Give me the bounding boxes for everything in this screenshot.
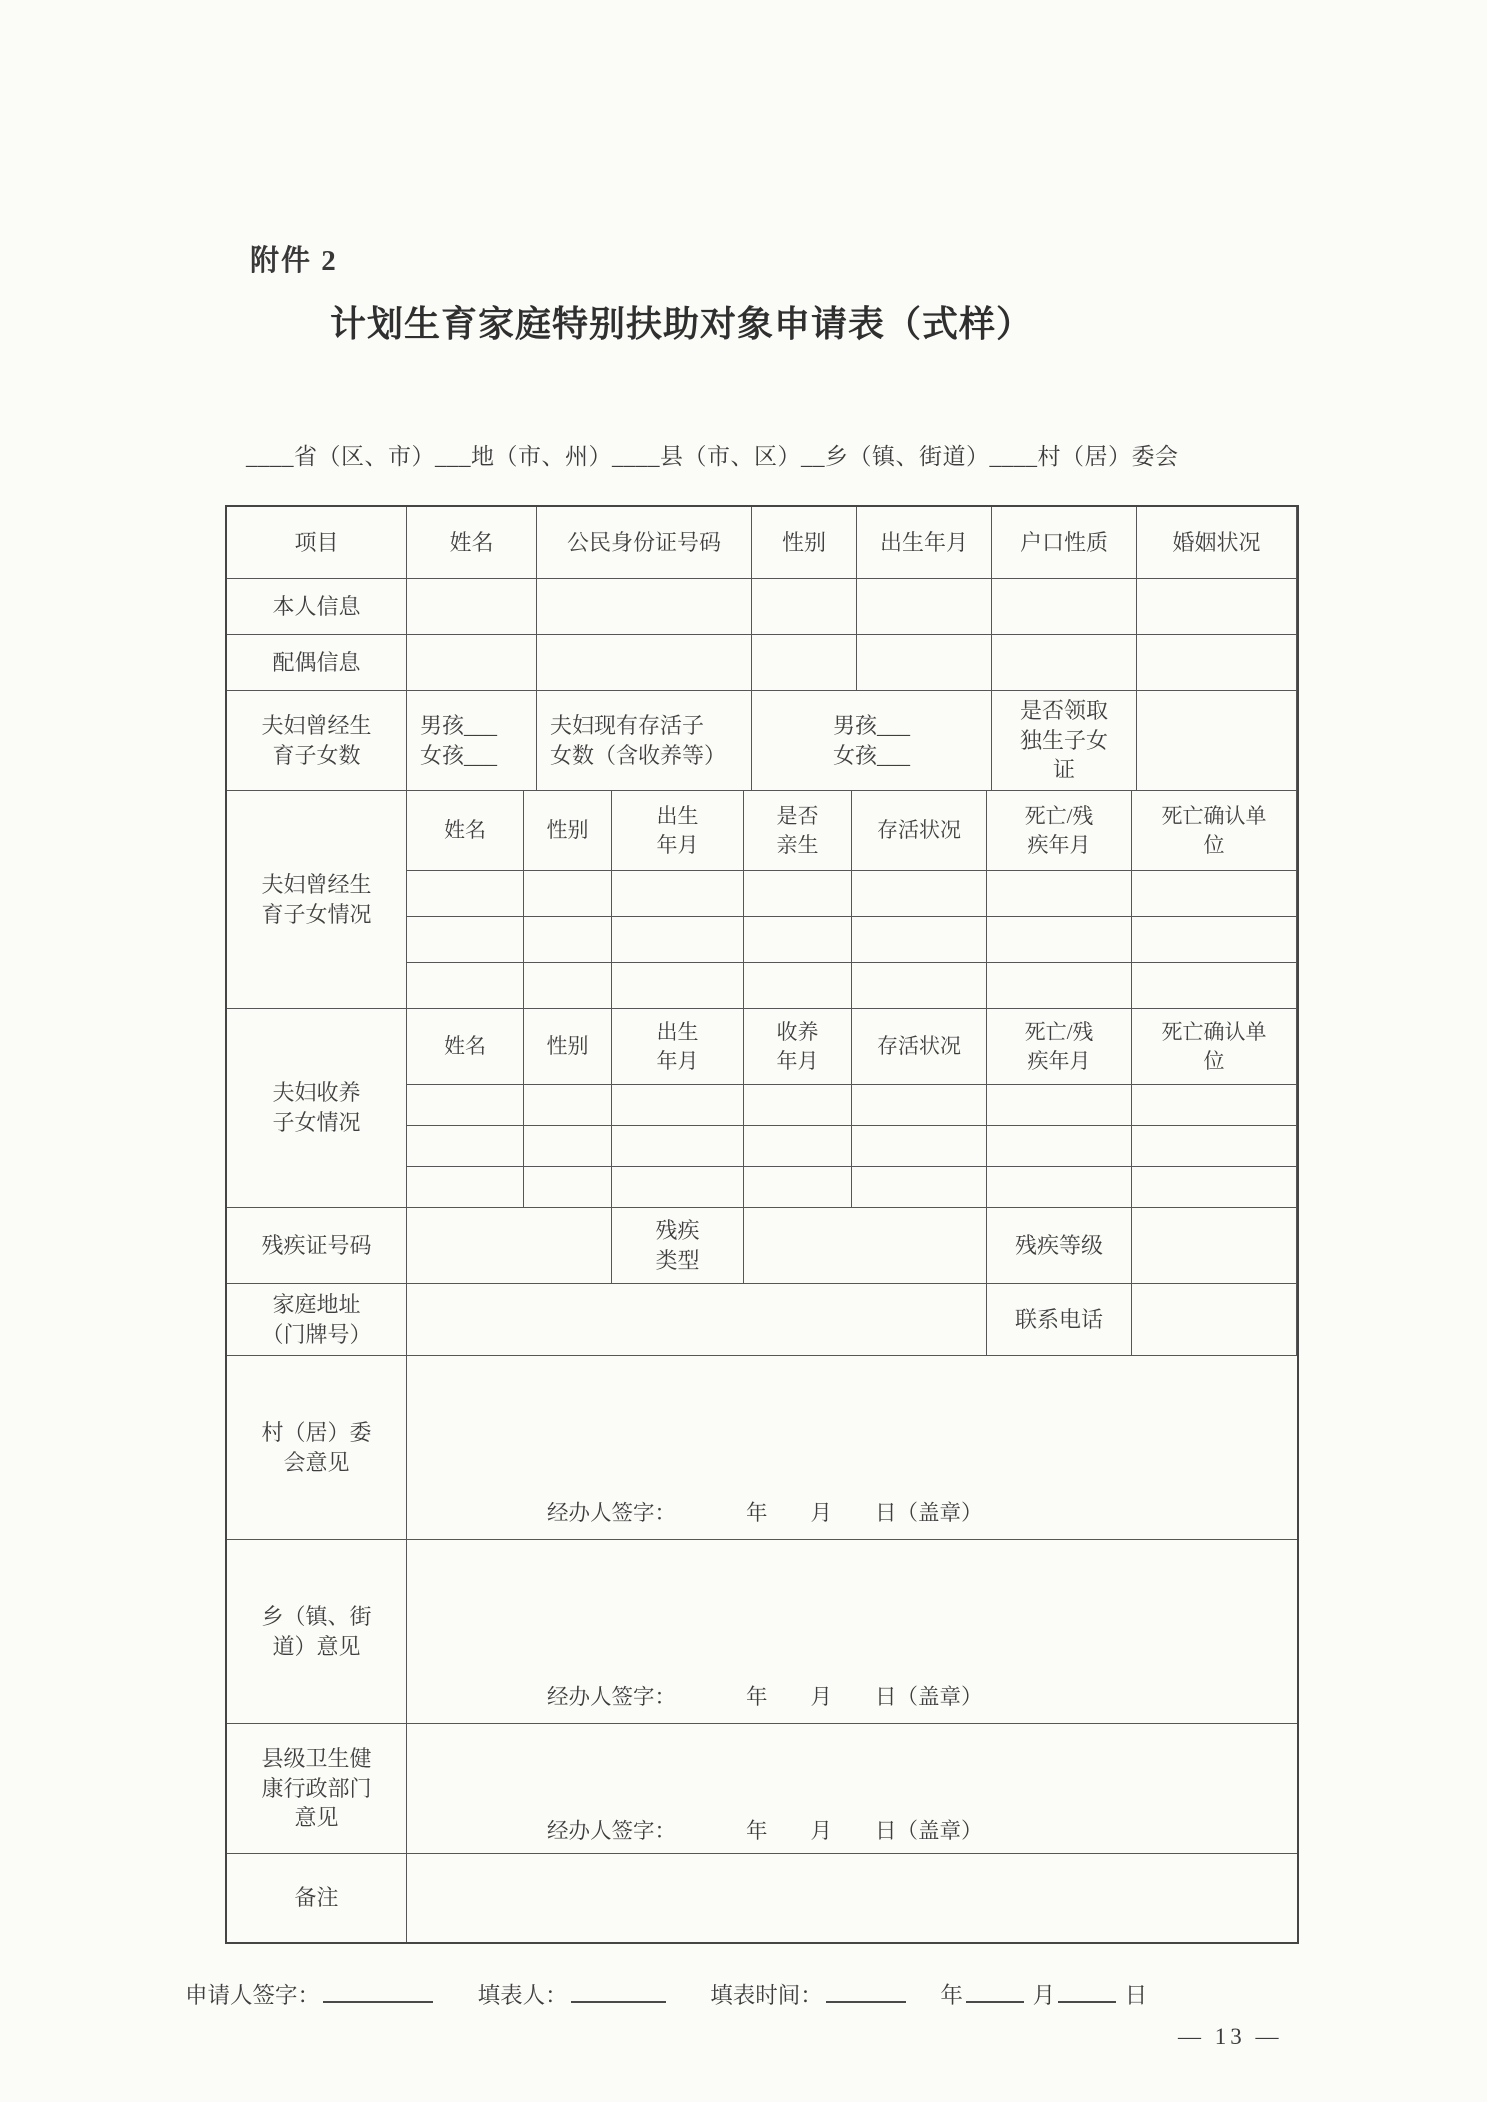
empty-cell — [612, 963, 744, 1008]
empty-cell — [407, 1854, 1297, 1942]
self-info-row: 本人信息 — [227, 579, 1297, 635]
county-health-opinion-row: 县级卫生健 康行政部门 意见 经办人签字： 年 月 日（盖章） — [227, 1724, 1297, 1854]
signature-blank — [571, 1981, 666, 2003]
county-health-opinion-label: 县级卫生健 康行政部门 意见 — [227, 1724, 407, 1853]
empty-cell — [524, 871, 612, 916]
col-header-birthdate: 出生年月 — [857, 507, 992, 578]
fill-time-label: 填表时间： — [710, 1983, 823, 2008]
date-seal-label: 年 月 日（盖章） — [746, 1814, 983, 1845]
handler-signature-line: 经办人签字： 年 月 日（盖章） — [547, 1680, 983, 1711]
only-child-cert-label: 是否领取 独生子女 证 — [992, 691, 1137, 790]
disability-id-label: 残疾证号码 — [227, 1208, 407, 1283]
subcol-birthdate: 出生 年月 — [612, 1009, 744, 1084]
date-seal-label: 年 月 日（盖章） — [746, 1496, 983, 1527]
empty-cell — [987, 1085, 1132, 1125]
empty-cell — [612, 917, 744, 962]
birth-count-past-cell: 男孩___ 女孩___ — [407, 691, 537, 790]
day-label: 日 — [1125, 1983, 1148, 2008]
empty-cell — [852, 1126, 987, 1166]
empty-cell — [612, 1126, 744, 1166]
empty-cell — [744, 1208, 987, 1283]
table-header-row: 项目 姓名 公民身份证号码 性别 出生年月 户口性质 婚姻状况 — [227, 507, 1297, 579]
empty-cell — [752, 635, 857, 690]
child-record-row — [407, 1085, 1297, 1126]
disability-row: 残疾证号码 残疾 类型 残疾等级 — [227, 1208, 1297, 1284]
born-children-section: 夫妇曾经生 育子女情况 姓名 性别 出生 年月 是否 亲生 存活状况 死亡/残 … — [227, 791, 1297, 1009]
empty-cell — [852, 1085, 987, 1125]
empty-cell — [1132, 1126, 1297, 1166]
month-label: 月 — [1033, 1983, 1056, 2008]
empty-cell — [852, 871, 987, 916]
township-opinion-label: 乡（镇、街 道）意见 — [227, 1540, 407, 1723]
empty-cell — [612, 871, 744, 916]
disability-grade-label: 残疾等级 — [987, 1208, 1132, 1283]
empty-cell — [744, 1085, 852, 1125]
page-title: 计划生育家庭特别扶助对象申请表（式样） — [330, 296, 1033, 347]
empty-cell — [407, 917, 524, 962]
adopted-children-grid: 姓名 性别 出生 年月 收养 年月 存活状况 死亡/残 疾年月 死亡确认单 位 — [407, 1009, 1297, 1207]
col-header-hukou: 户口性质 — [992, 507, 1137, 578]
empty-cell — [407, 579, 537, 634]
empty-cell — [612, 1167, 744, 1207]
col-header-item: 项目 — [227, 507, 407, 578]
signature-blank — [323, 1981, 433, 2003]
application-form-table: 项目 姓名 公民身份证号码 性别 出生年月 户口性质 婚姻状况 本人信息 配偶信… — [225, 505, 1299, 1944]
year-label: 年 — [940, 1983, 963, 2008]
subcol-survival: 存活状况 — [852, 1009, 987, 1084]
footer-signature-line: 申请人签字： 填表人： 填表时间： 年 月 日 — [185, 1978, 1147, 2010]
empty-cell — [1132, 871, 1297, 916]
empty-cell — [857, 635, 992, 690]
empty-cell — [744, 1167, 852, 1207]
child-record-row — [407, 871, 1297, 917]
empty-cell — [524, 963, 612, 1008]
empty-cell — [1132, 963, 1297, 1008]
empty-cell — [407, 1284, 987, 1355]
born-children-subheader: 姓名 性别 出生 年月 是否 亲生 存活状况 死亡/残 疾年月 死亡确认单 位 — [407, 791, 1297, 871]
empty-cell — [1137, 635, 1297, 690]
birth-count-label: 夫妇曾经生 育子女数 — [227, 691, 407, 790]
adopted-children-label: 夫妇收养 子女情况 — [227, 1009, 407, 1207]
empty-cell — [987, 917, 1132, 962]
empty-cell — [1137, 579, 1297, 634]
disability-type-label: 残疾 类型 — [612, 1208, 744, 1283]
alive-count-label: 夫妇现有存活子 女数（含收养等） — [537, 691, 752, 790]
subcol-adoption-date: 收养 年月 — [744, 1009, 852, 1084]
spouse-info-label: 配偶信息 — [227, 635, 407, 690]
handler-signature-line: 经办人签字： 年 月 日（盖章） — [547, 1496, 983, 1527]
empty-cell — [1132, 1284, 1297, 1355]
remarks-label: 备注 — [227, 1854, 407, 1942]
phone-label: 联系电话 — [987, 1284, 1132, 1355]
attachment-label: 附件 2 — [250, 238, 338, 279]
subcol-birthdate: 出生 年月 — [612, 791, 744, 870]
subcol-death-date: 死亡/残 疾年月 — [987, 791, 1132, 870]
opinion-content-area: 经办人签字： 年 月 日（盖章） — [407, 1724, 1297, 1853]
opinion-content-area: 经办人签字： 年 月 日（盖章） — [407, 1356, 1297, 1539]
adopted-children-section: 夫妇收养 子女情况 姓名 性别 出生 年月 收养 年月 存活状况 死亡/残 疾年… — [227, 1009, 1297, 1208]
empty-cell — [987, 1126, 1132, 1166]
scanned-form-page: { "page": { "attachment": "附件 2", "title… — [0, 0, 1487, 2102]
empty-cell — [524, 1126, 612, 1166]
self-info-label: 本人信息 — [227, 579, 407, 634]
empty-cell — [1132, 1167, 1297, 1207]
empty-cell — [537, 635, 752, 690]
empty-cell — [524, 917, 612, 962]
location-fill-line: ____省（区、市）___地（市、州）____县（市、区）__乡（镇、街道）__… — [246, 438, 1179, 471]
subcol-death-confirm-unit: 死亡确认单 位 — [1132, 791, 1297, 870]
village-committee-opinion-row: 村（居）委 会意见 经办人签字： 年 月 日（盖章） — [227, 1356, 1297, 1540]
remarks-row: 备注 — [227, 1854, 1297, 1942]
handler-signature-line: 经办人签字： 年 月 日（盖章） — [547, 1814, 983, 1845]
spouse-info-row: 配偶信息 — [227, 635, 1297, 691]
empty-cell — [612, 1085, 744, 1125]
village-committee-opinion-label: 村（居）委 会意见 — [227, 1356, 407, 1539]
empty-cell — [987, 871, 1132, 916]
page-number: — 13 — — [1178, 2024, 1283, 2050]
date-blank — [1058, 1981, 1116, 2003]
address-label: 家庭地址 （门牌号） — [227, 1284, 407, 1355]
date-blank — [966, 1981, 1024, 2003]
empty-cell — [744, 917, 852, 962]
birth-count-row: 夫妇曾经生 育子女数 男孩___ 女孩___ 夫妇现有存活子 女数（含收养等） … — [227, 691, 1297, 791]
empty-cell — [987, 963, 1132, 1008]
alive-count-cell: 男孩___ 女孩___ — [752, 691, 992, 790]
empty-cell — [407, 1208, 612, 1283]
empty-cell — [537, 579, 752, 634]
empty-cell — [1132, 1085, 1297, 1125]
child-record-row — [407, 963, 1297, 1008]
adopted-children-subheader: 姓名 性别 出生 年月 收养 年月 存活状况 死亡/残 疾年月 死亡确认单 位 — [407, 1009, 1297, 1085]
filler-label: 填表人： — [478, 1983, 568, 2008]
empty-cell — [987, 1167, 1132, 1207]
empty-cell — [744, 871, 852, 916]
col-header-marital: 婚姻状况 — [1137, 507, 1297, 578]
subcol-name: 姓名 — [407, 1009, 524, 1084]
empty-cell — [852, 963, 987, 1008]
handler-sign-label: 经办人签字： — [547, 1814, 676, 1845]
empty-cell — [857, 579, 992, 634]
subcol-survival: 存活状况 — [852, 791, 987, 870]
col-header-id-number: 公民身份证号码 — [537, 507, 752, 578]
empty-cell — [407, 1126, 524, 1166]
empty-cell — [1137, 691, 1297, 790]
empty-cell — [744, 1126, 852, 1166]
col-header-gender: 性别 — [752, 507, 857, 578]
empty-cell — [744, 963, 852, 1008]
empty-cell — [852, 917, 987, 962]
child-record-row — [407, 1167, 1297, 1207]
subcol-death-confirm-unit: 死亡确认单 位 — [1132, 1009, 1297, 1084]
empty-cell — [524, 1167, 612, 1207]
date-seal-label: 年 月 日（盖章） — [746, 1680, 983, 1711]
empty-cell — [407, 635, 537, 690]
born-children-grid: 姓名 性别 出生 年月 是否 亲生 存活状况 死亡/残 疾年月 死亡确认单 位 — [407, 791, 1297, 1008]
subcol-name: 姓名 — [407, 791, 524, 870]
empty-cell — [407, 871, 524, 916]
subcol-gender: 性别 — [524, 791, 612, 870]
empty-cell — [1132, 1208, 1297, 1283]
empty-cell — [407, 1167, 524, 1207]
handler-sign-label: 经办人签字： — [547, 1680, 676, 1711]
empty-cell — [852, 1167, 987, 1207]
empty-cell — [1132, 917, 1297, 962]
subcol-death-date: 死亡/残 疾年月 — [987, 1009, 1132, 1084]
empty-cell — [407, 963, 524, 1008]
applicant-sign-label: 申请人签字： — [185, 1983, 320, 2008]
address-row: 家庭地址 （门牌号） 联系电话 — [227, 1284, 1297, 1356]
empty-cell — [752, 579, 857, 634]
opinion-content-area: 经办人签字： 年 月 日（盖章） — [407, 1540, 1297, 1723]
empty-cell — [992, 635, 1137, 690]
col-header-name: 姓名 — [407, 507, 537, 578]
subcol-biological: 是否 亲生 — [744, 791, 852, 870]
subcol-gender: 性别 — [524, 1009, 612, 1084]
child-record-row — [407, 1126, 1297, 1167]
born-children-label: 夫妇曾经生 育子女情况 — [227, 791, 407, 1008]
township-opinion-row: 乡（镇、街 道）意见 经办人签字： 年 月 日（盖章） — [227, 1540, 1297, 1724]
empty-cell — [407, 1085, 524, 1125]
empty-cell — [992, 579, 1137, 634]
empty-cell — [524, 1085, 612, 1125]
handler-sign-label: 经办人签字： — [547, 1496, 676, 1527]
child-record-row — [407, 917, 1297, 963]
date-blank — [826, 1981, 906, 2003]
